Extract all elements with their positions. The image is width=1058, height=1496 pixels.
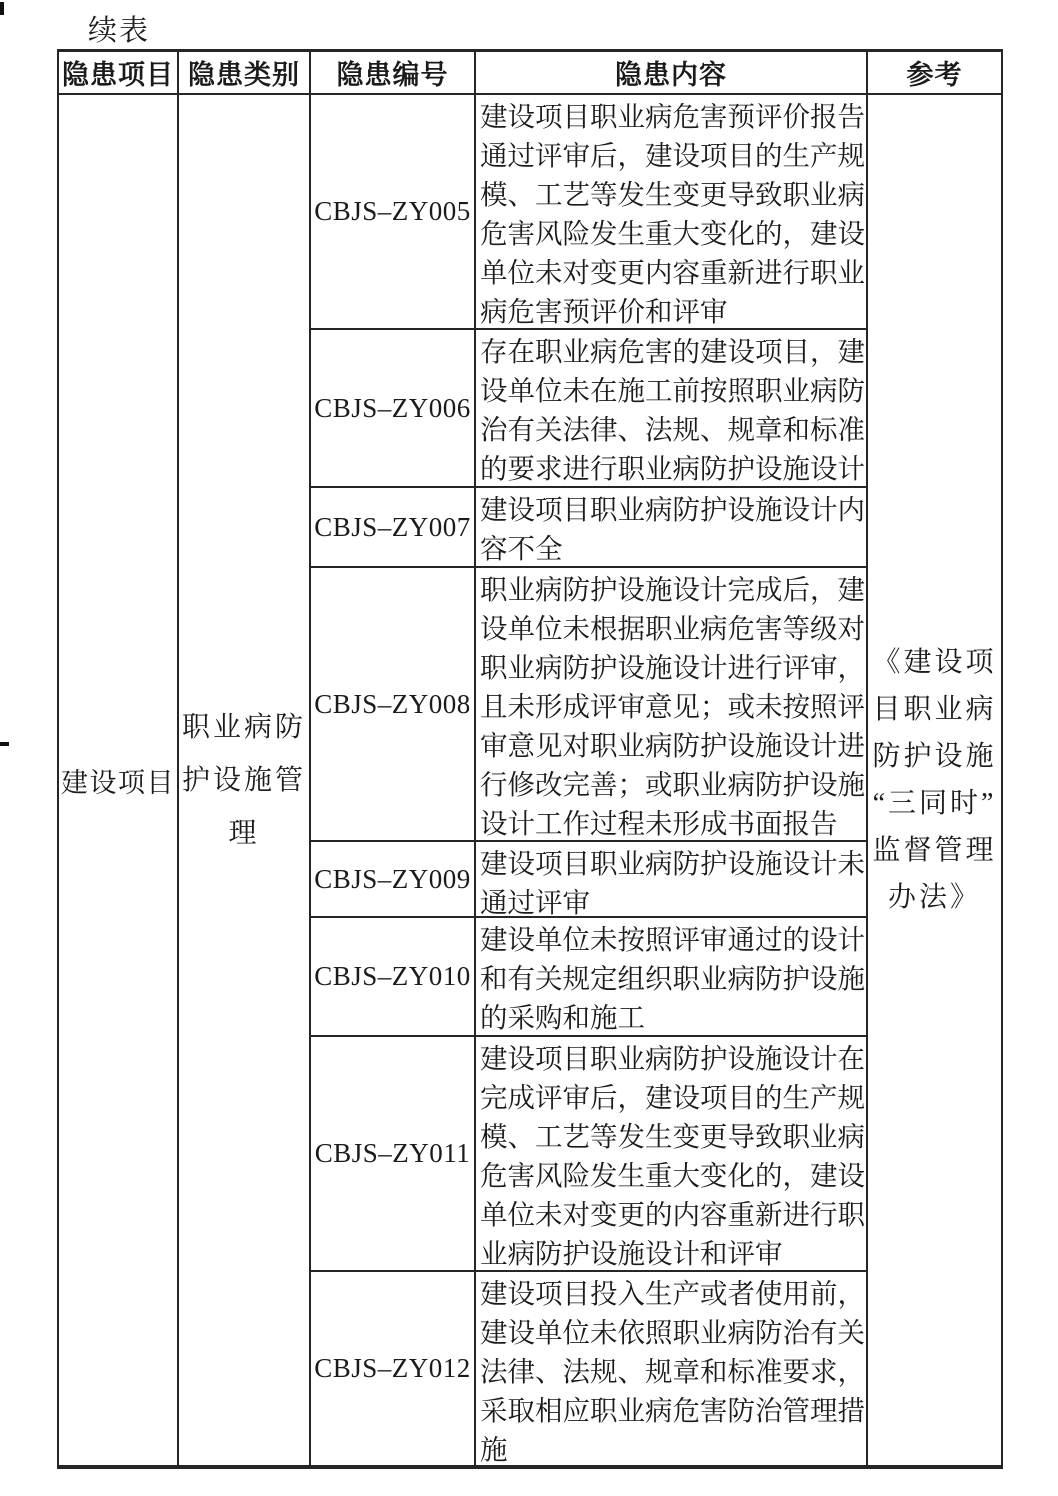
category-text: 职业病防护设施管理 [180,701,308,860]
header-hazard-project: 隐患项目 [59,52,179,95]
header-reference: 参考 [868,52,1001,95]
code-cell: CBJS–ZY009 [311,842,476,918]
continued-table-label: 续表 [88,8,150,49]
reference-line: 监督管理 [872,827,996,874]
content-cell: 职业病防护设施设计完成后，建设单位未根据职业病危害等级对职业病防护设施设计进行评… [476,568,868,842]
content-cell: 存在职业病危害的建设项目，建设单位未在施工前按照职业病防治有关法律、法规、规章和… [476,330,868,488]
code-cell: CBJS–ZY012 [311,1272,476,1465]
reference-line: 办法》 [888,874,981,921]
code-cell: CBJS–ZY006 [311,330,476,488]
content-cell: 建设项目职业病危害预评价报告通过评审后，建设项目的生产规模、工艺等发生变更导致职… [476,95,868,330]
scan-artifact-left-margin [0,742,9,746]
project-cell: 建设项目 [59,95,179,1465]
header-hazard-content: 隐患内容 [476,52,868,95]
content-cell: 建设单位未按照评审通过的设计和有关规定组织职业病防护设施的采购和施工 [476,918,868,1037]
category-cell: 职业病防护设施管理 [179,95,311,1465]
content-cell: 建设项目职业病防护设施设计内容不全 [476,488,868,568]
hazard-table: 隐患项目 隐患类别 隐患编号 隐患内容 参考 建设项目 职业病防护设施管理 CB… [57,49,1003,1469]
reference-line: 防护设施 [872,733,996,780]
scan-artifact-top-left [0,2,4,15]
code-cell: CBJS–ZY007 [311,488,476,568]
code-cell: CBJS–ZY005 [311,95,476,330]
reference-line: 目职业病 [872,686,996,733]
reference-line: “三同时” [873,780,997,827]
code-cell: CBJS–ZY008 [311,568,476,842]
reference-cell: 《建设项 目职业病 防护设施 “三同时” 监督管理 办法》 [868,95,1001,1465]
reference-line: 《建设项 [872,639,996,686]
header-hazard-category: 隐患类别 [179,52,311,95]
content-cell: 建设项目投入生产或者使用前，建设单位未依照职业病防治有关法律、法规、规章和标准要… [476,1272,868,1465]
content-cell: 建设项目职业病防护设施设计在完成评审后，建设项目的生产规模、工艺等发生变更导致职… [476,1037,868,1272]
code-cell: CBJS–ZY011 [311,1037,476,1272]
content-cell: 建设项目职业病防护设施设计未通过评审 [476,842,868,918]
code-cell: CBJS–ZY010 [311,918,476,1037]
header-hazard-code: 隐患编号 [311,52,476,95]
